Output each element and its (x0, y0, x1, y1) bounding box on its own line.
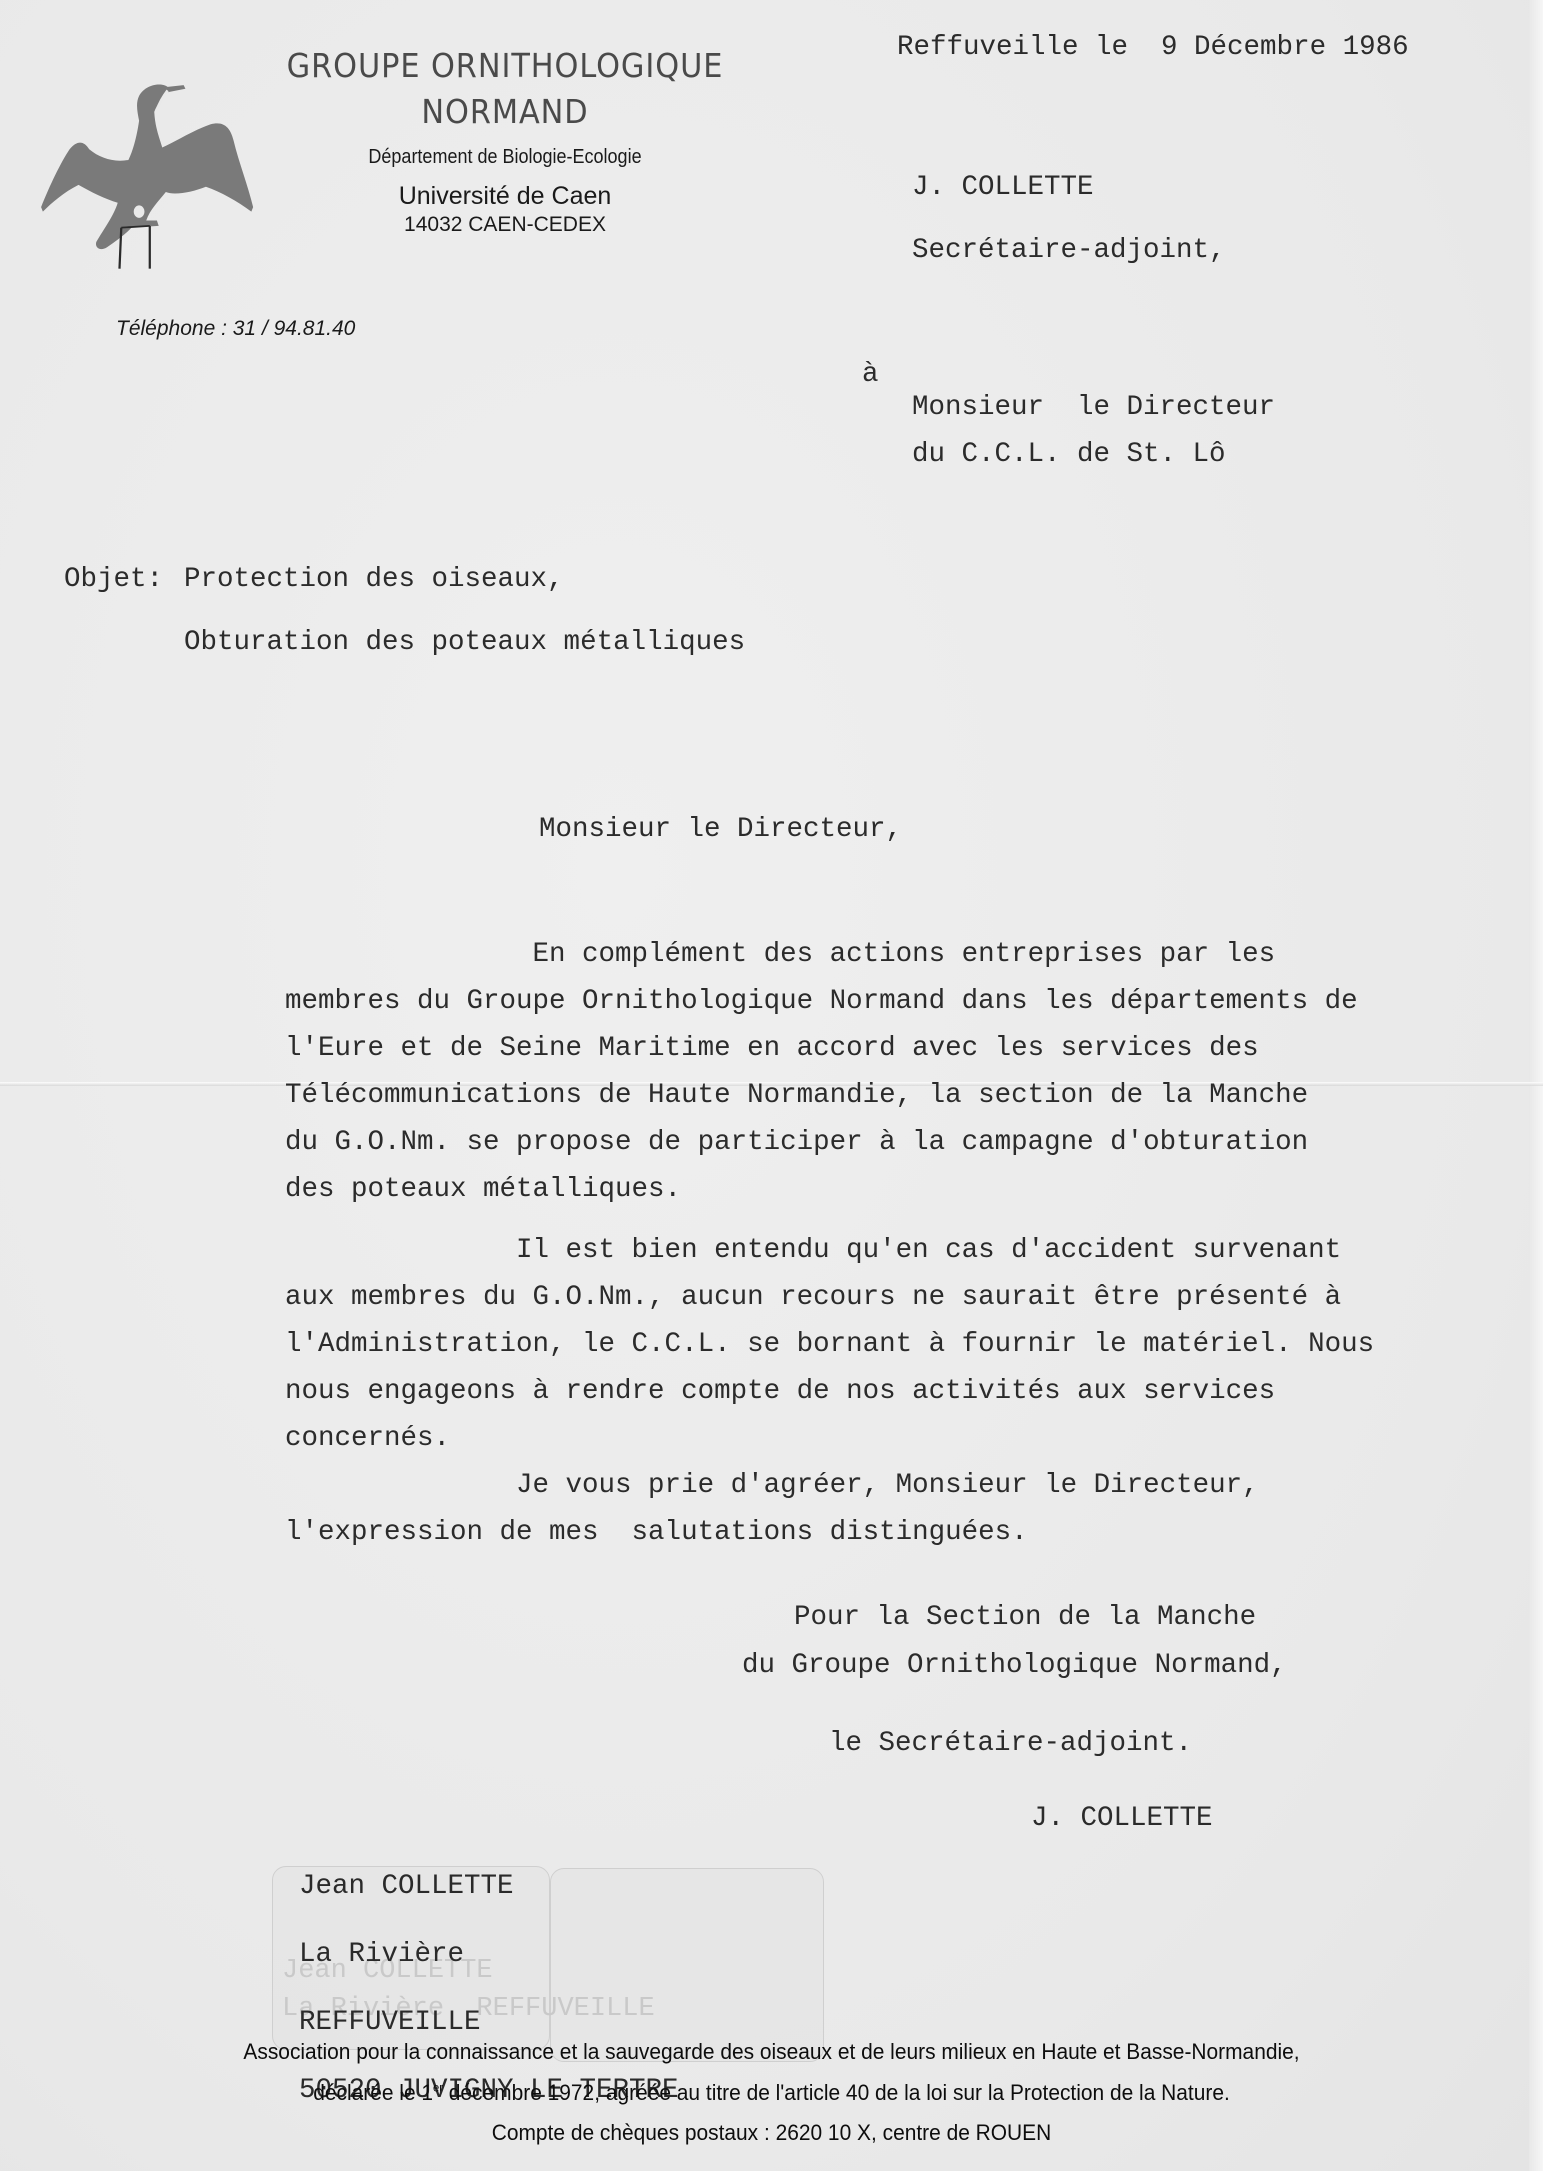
sender-name: J. COLLETTE (912, 164, 1094, 211)
paragraph-line: l'expression de mes salutations distingu… (285, 1509, 1259, 1556)
postal-address: 14032 CAEN-CEDEX (245, 213, 765, 237)
paragraph-1: En complément des actions entreprises pa… (285, 931, 1358, 1213)
paragraph-line: En complément des actions entreprises pa… (285, 931, 1358, 978)
subject-line1: Protection des oiseaux, (184, 556, 564, 603)
closing-paragraph: Je vous prie d'agréer, Monsieur le Direc… (285, 1462, 1259, 1556)
footer-line2-pre: déclarée le 1 (313, 2080, 433, 2105)
paragraph-line: l'Administration, le C.C.L. se bornant à… (285, 1321, 1374, 1368)
paragraph-line: nous engageons à rendre compte de nos ac… (285, 1368, 1374, 1415)
paragraph-line: membres du Groupe Ornithologique Normand… (285, 978, 1358, 1025)
paragraph-line: l'Eure et de Seine Maritime en accord av… (285, 1025, 1358, 1072)
paragraph-line: Il est bien entendu qu'en cas d'accident… (285, 1227, 1374, 1274)
footer-line2: déclarée le 1er décembre 1972, agréée au… (54, 2080, 1489, 2106)
signature-name: J. COLLETTE (1031, 1795, 1213, 1842)
phone-number: Téléphone : 31 / 94.81.40 (116, 317, 355, 341)
to-marker: à (862, 351, 879, 398)
signature-line1: Pour la Section de la Manche (794, 1594, 1256, 1641)
address-line: REFFUVEILLE (299, 2007, 679, 2039)
footer-line3: Compte de chèques postaux : 2620 10 X, c… (54, 2120, 1489, 2146)
paragraph-line: concernés. (285, 1415, 1374, 1462)
footer-line1: Association pour la connaissance et la s… (54, 2039, 1489, 2065)
signature-line2: du Groupe Ornithologique Normand, (742, 1642, 1287, 1689)
subject-label: Objet: (64, 556, 163, 603)
paragraph-2: Il est bien entendu qu'en cas d'accident… (285, 1227, 1374, 1462)
recipient-line2: du C.C.L. de St. Lô (912, 431, 1226, 478)
paragraph-line: des poteaux métalliques. (285, 1166, 1358, 1213)
paragraph-line: Télécommunications de Haute Normandie, l… (285, 1072, 1358, 1119)
org-title-line2: NORMAND (266, 92, 744, 131)
sender-title: Secrétaire-adjoint, (912, 227, 1226, 274)
place-date: Reffuveille le 9 Décembre 1986 (897, 24, 1409, 71)
department: Département de Biologie-Ecologie (271, 146, 739, 169)
subject-line2: Obturation des poteaux métalliques (184, 619, 745, 666)
recipient-line1: Monsieur le Directeur (912, 384, 1275, 431)
university: Université de Caen (245, 182, 765, 211)
footer-superscript: er (433, 2081, 443, 2095)
signature-role: le Secrétaire-adjoint. (829, 1720, 1192, 1767)
salutation: Monsieur le Directeur, (539, 806, 902, 853)
address-line: La Rivière (299, 1939, 679, 1971)
footer-line2-post: décembre 1972, agréée au titre de l'arti… (443, 2080, 1230, 2105)
paragraph-line: Je vous prie d'agréer, Monsieur le Direc… (285, 1462, 1259, 1509)
paragraph-line: aux membres du G.O.Nm., aucun recours ne… (285, 1274, 1374, 1321)
paragraph-line: du G.O.Nm. se propose de participer à la… (285, 1119, 1358, 1166)
org-title-line1: GROUPE ORNITHOLOGIQUE (266, 46, 744, 85)
cormorant-bird-icon (28, 78, 268, 274)
address-line: Jean COLLETTE (299, 1871, 679, 1903)
